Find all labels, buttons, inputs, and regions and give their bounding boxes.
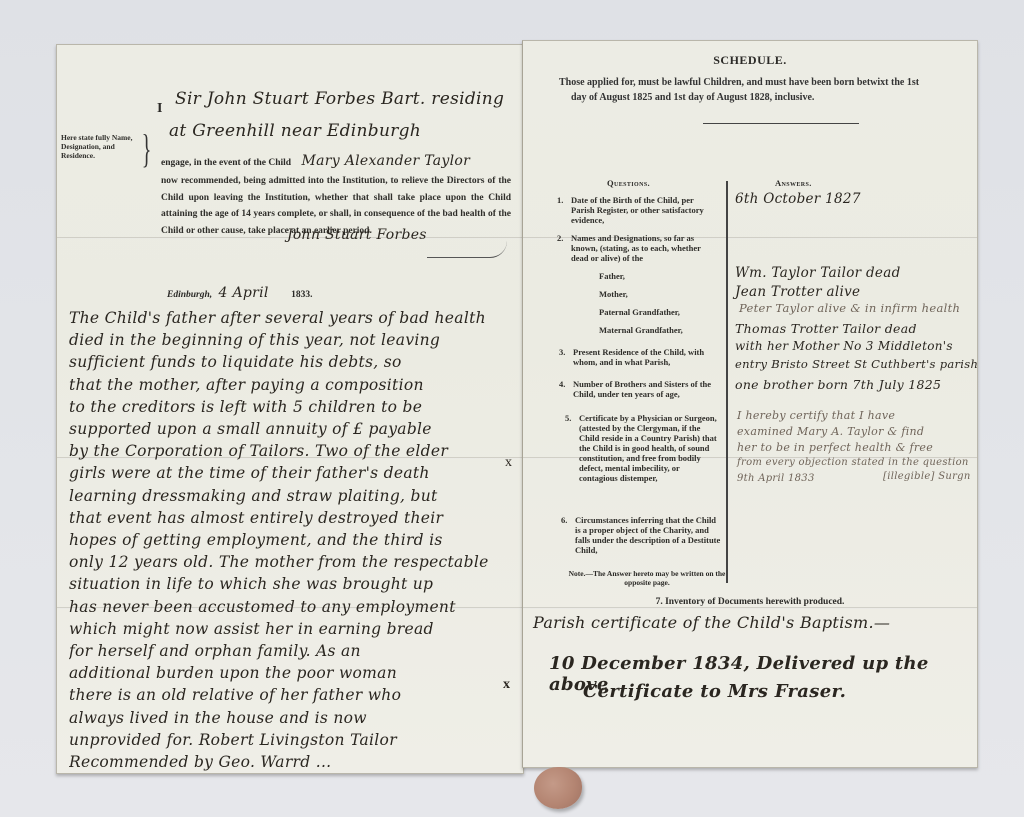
answers-header: Answers. xyxy=(775,178,812,188)
column-divider xyxy=(726,181,728,583)
letter-line: situation in life to which she was broug… xyxy=(69,573,519,595)
relation-mother: Mother, xyxy=(599,289,628,299)
inventory-line-3: Certificate to Mrs Fraser. xyxy=(583,681,846,702)
inventory-title: 7. Inventory of Documents herewith produ… xyxy=(523,597,977,607)
side-note: Here state fully Name, Designation, and … xyxy=(61,133,135,160)
answer-1: 6th October 1827 xyxy=(735,191,861,207)
letter-line: which might now assist her in earning br… xyxy=(69,618,519,640)
answer-5-signature: [illegible] Surgn xyxy=(883,471,971,482)
handwritten-name-line-2: at Greenhill near Edinburgh xyxy=(169,121,509,141)
question-1: 1. Date of the Birth of the Child, per P… xyxy=(571,195,717,225)
answer-5-line-4: from every objection stated in the quest… xyxy=(737,457,969,468)
question-5: 5. Certificate by a Physician or Surgeon… xyxy=(579,413,719,483)
question-3: 3. Present Residence of the Child, with … xyxy=(573,347,719,367)
relation-maternal-grandfather: Maternal Grandfather, xyxy=(599,325,683,335)
handwritten-letter: The Child's father after several years o… xyxy=(69,307,519,773)
engage-line: engage, in the event of the Child Mary A… xyxy=(161,153,521,169)
letter-line: died in the beginning of this year, not … xyxy=(69,329,519,351)
answer-mother: Jean Trotter alive xyxy=(735,284,860,300)
schedule-title: SCHEDULE. xyxy=(523,53,977,68)
inventory-line-1: Parish certificate of the Child's Baptis… xyxy=(533,613,890,632)
right-page: SCHEDULE. Those applied for, must be law… xyxy=(522,40,978,768)
answer-3-line-1: with her Mother No 3 Middleton's xyxy=(735,339,953,353)
date-year: 1833. xyxy=(291,290,312,300)
engage-label: engage, in the event of the Child xyxy=(161,158,291,168)
schedule-intro: Those applied for, must be lawful Childr… xyxy=(559,75,931,105)
letter-line: there is an old relative of her father w… xyxy=(69,684,519,706)
answer-5-line-3: her to be in perfect health & free xyxy=(737,441,933,454)
place-label: Edinburgh, xyxy=(167,290,212,300)
letter-line: learning dressmaking and straw plaiting,… xyxy=(69,485,519,507)
letter-line: The Child's father after several years o… xyxy=(69,307,519,329)
fold-line xyxy=(523,607,977,609)
signature-flourish xyxy=(427,241,507,258)
letter-line: has never been accustomed to any employm… xyxy=(69,596,519,618)
opening-letter: I xyxy=(157,101,162,117)
letter-line: girls were at the time of their father's… xyxy=(69,462,519,484)
questions-header: Questions. xyxy=(607,178,650,188)
relation-paternal-grandfather: Paternal Grandfather, xyxy=(599,307,680,317)
left-page: Here state fully Name, Designation, and … xyxy=(56,44,524,774)
margin-mark: x xyxy=(505,455,512,471)
document-sheet: Here state fully Name, Designation, and … xyxy=(56,40,976,770)
letter-line: to the creditors is left with 5 children… xyxy=(69,396,519,418)
letter-line: that event has almost entirely destroyed… xyxy=(69,507,519,529)
answer-4: one brother born 7th July 1825 xyxy=(735,377,941,392)
answer-3-line-2: entry Bristo Street St Cuthbert's parish xyxy=(735,357,978,371)
letter-line: unprovided for. Robert Livingston Tailor xyxy=(69,729,519,751)
signature: John Stuart Forbes xyxy=(287,227,427,243)
handwritten-name-line-1: Sir John Stuart Forbes Bart. residing xyxy=(175,89,515,109)
letter-line: for herself and orphan family. As an xyxy=(69,640,519,662)
letter-line: sufficient funds to liquidate his debts,… xyxy=(69,351,519,373)
letter-line: that the mother, after paying a composit… xyxy=(69,374,519,396)
answer-paternal-grandfather: Peter Taylor alive & in infirm health xyxy=(739,301,960,315)
date-day-month: 4 April xyxy=(219,285,269,301)
answer-note: Note.—The Answer hereto may be written o… xyxy=(567,569,727,587)
relation-father: Father, xyxy=(599,271,625,281)
question-4: 4. Number of Brothers and Sisters of the… xyxy=(573,379,719,399)
letter-line: Recommended by Geo. Warrd ... xyxy=(69,751,519,773)
question-6: 6. Circumstances inferring that the Chil… xyxy=(575,515,721,555)
letter-line: only 12 years old. The mother from the r… xyxy=(69,551,519,573)
place-date: Edinburgh, 4 April 1833. xyxy=(167,285,312,301)
child-name: Mary Alexander Taylor xyxy=(301,153,470,169)
letter-line: always lived in the house and is now xyxy=(69,707,519,729)
margin-mark: x xyxy=(503,677,510,693)
letter-line: supported upon a small annuity of £ paya… xyxy=(69,418,519,440)
letter-line: by the Corporation of Tailors. Two of th… xyxy=(69,440,519,462)
answer-5-line-2: examined Mary A. Taylor & find xyxy=(737,425,924,438)
answer-5-date: 9th April 1833 xyxy=(737,473,815,484)
letter-line: additional burden upon the poor woman xyxy=(69,662,519,684)
divider-rule xyxy=(703,123,859,124)
wax-seal xyxy=(534,767,582,809)
answer-5-line-1: I hereby certify that I have xyxy=(737,409,895,422)
letter-line: hopes of getting employment, and the thi… xyxy=(69,529,519,551)
question-2: 2. Names and Designations, so far as kno… xyxy=(571,233,717,263)
answer-maternal-grandfather: Thomas Trotter Tailor dead xyxy=(735,321,917,336)
brace-icon: } xyxy=(142,129,152,169)
answer-father: Wm. Taylor Tailor dead xyxy=(735,265,901,281)
